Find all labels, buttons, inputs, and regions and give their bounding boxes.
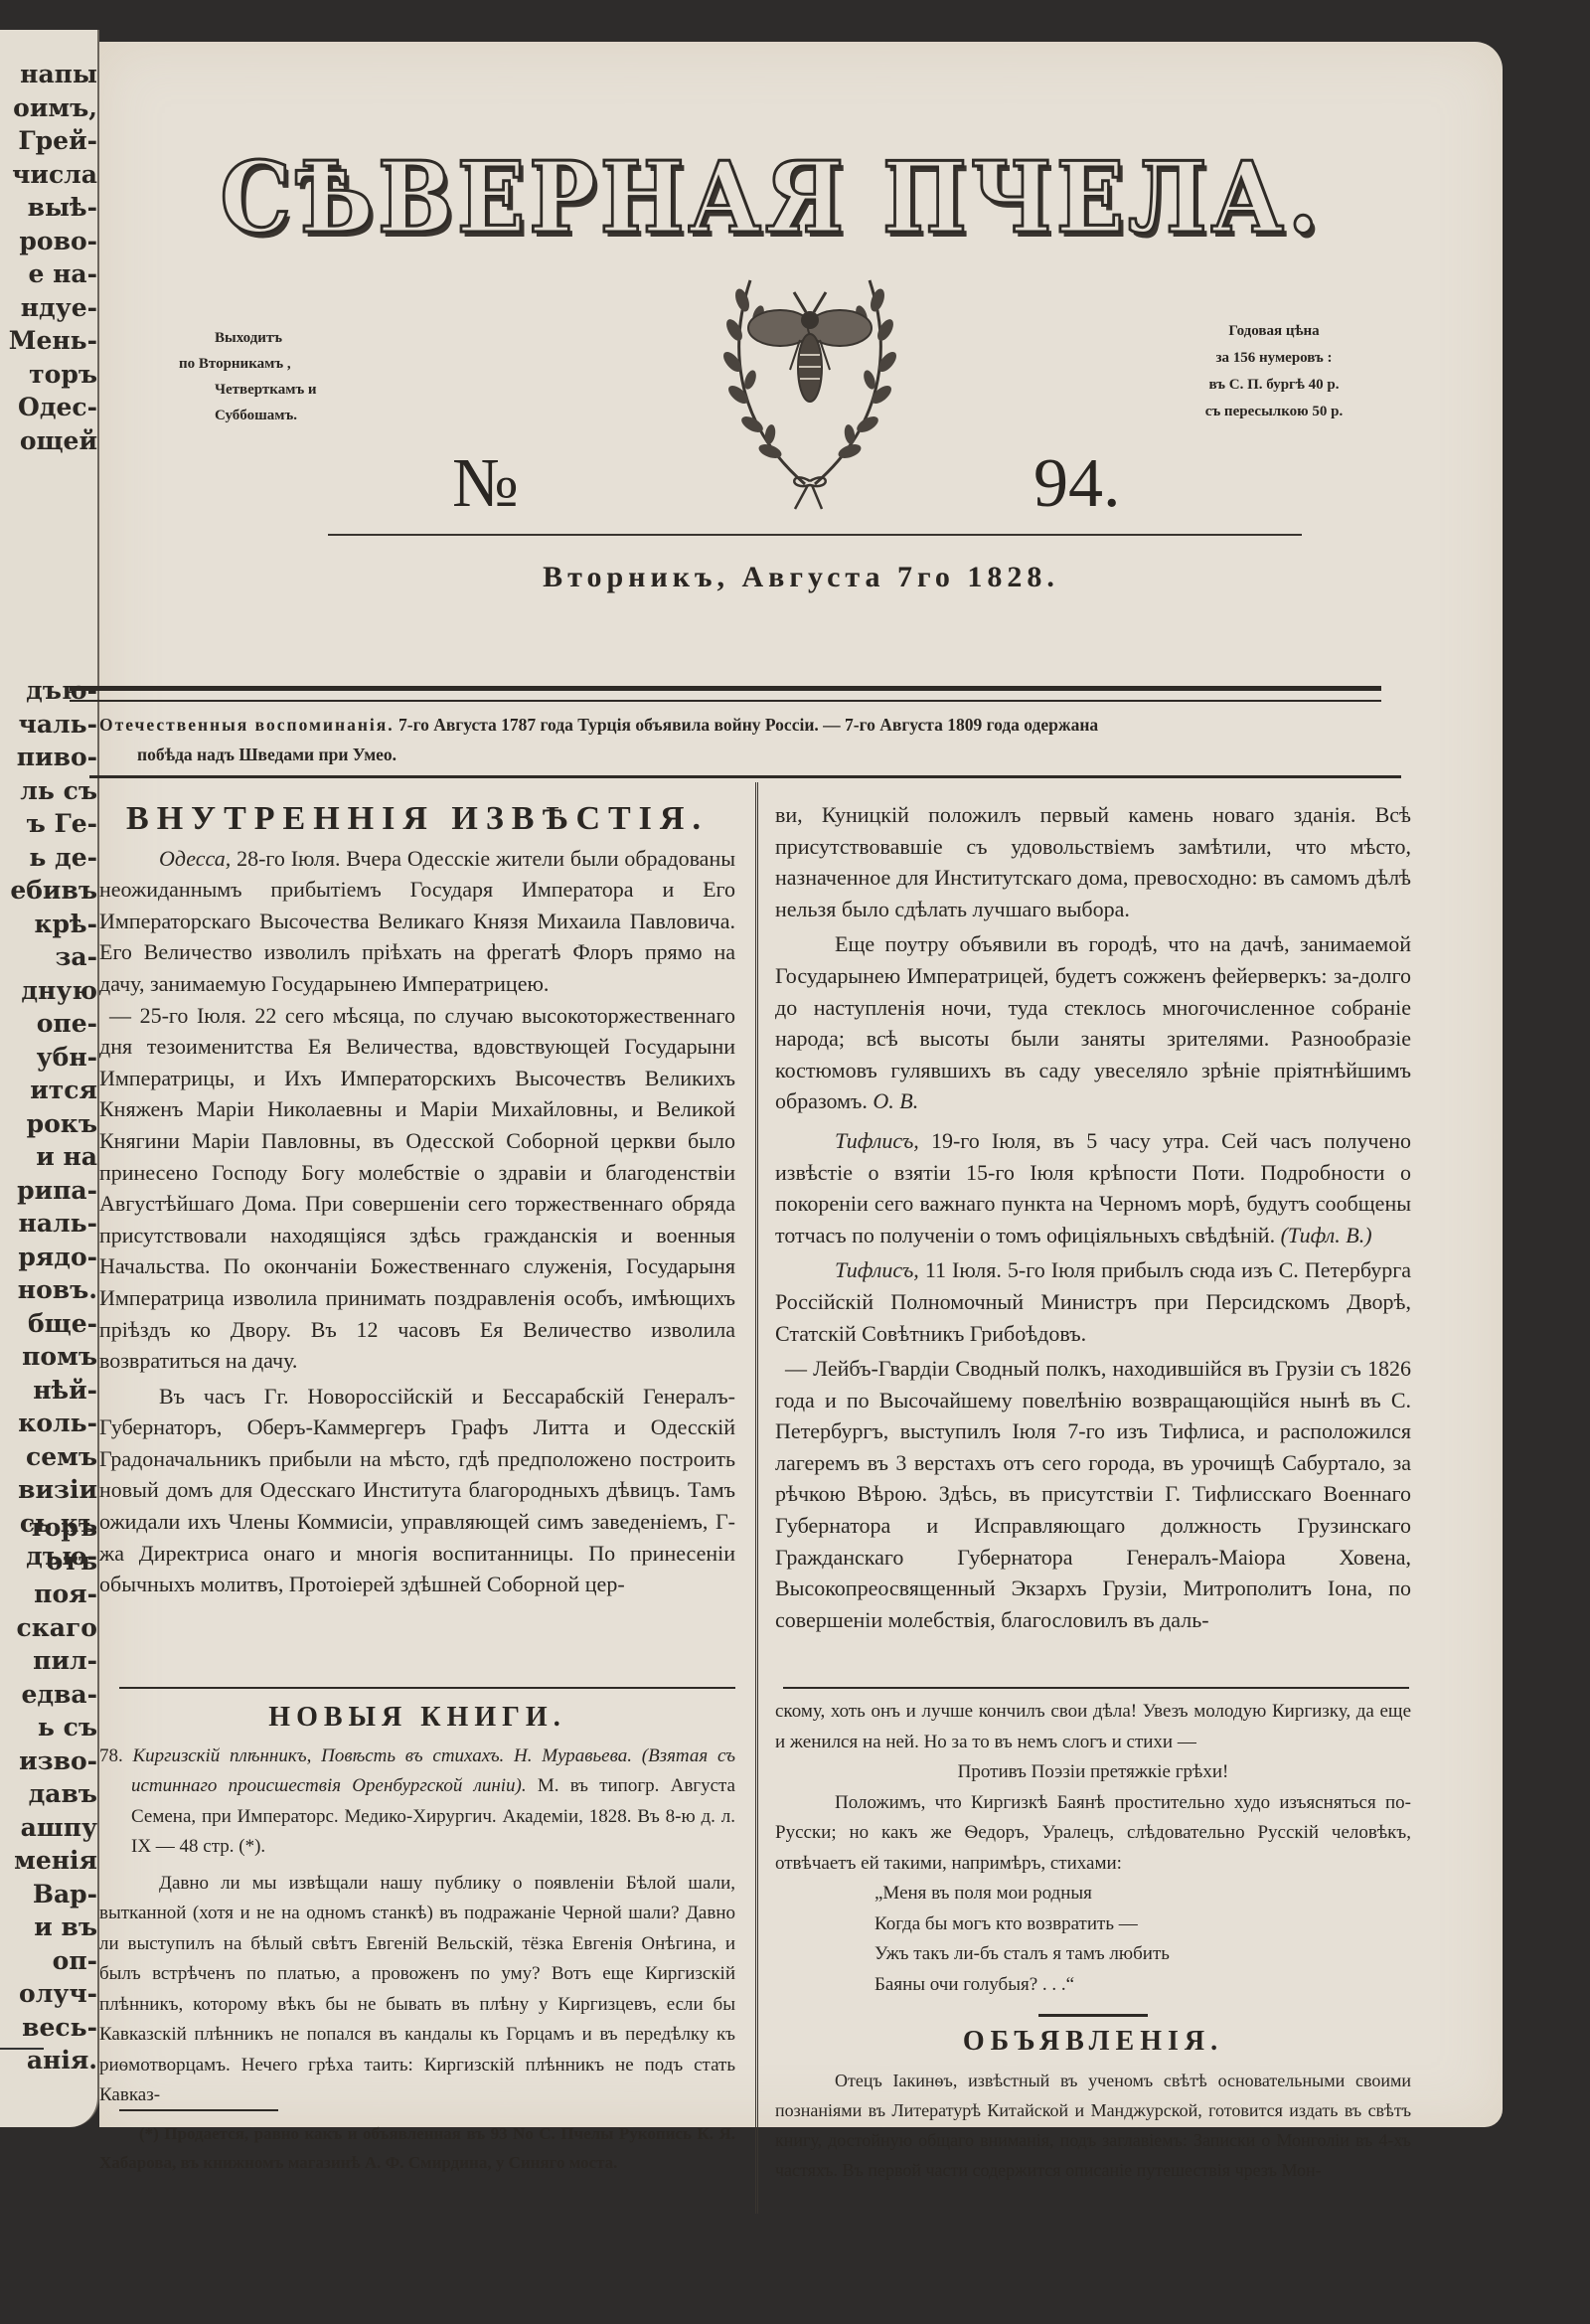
previous-page-column-bottom: торъотъпоя-скагопил-едва-ь съизво-давъаш… xyxy=(0,1511,97,2077)
previous-page-line: напы xyxy=(0,58,97,91)
masthead: СѢВЕРНАЯ ПЧЕЛА. xyxy=(99,141,1503,255)
previous-page-line: ится xyxy=(0,1074,97,1107)
news-paragraph: Тифлисъ, 11 Іюля. 5-го Іюля прибылъ сюда… xyxy=(775,1254,1411,1349)
previous-page-line: ощей xyxy=(0,424,97,458)
book-entry-number: 78. xyxy=(99,1745,123,1766)
news-text: — Лейбъ-Гвардіи Сводный полкъ, находивші… xyxy=(775,1356,1411,1632)
previous-page-line: весь- xyxy=(0,2011,97,2045)
previous-page-line: рядо- xyxy=(0,1241,97,1274)
news-place: Одесса, xyxy=(159,846,231,871)
previous-page-line: крѣ- xyxy=(0,908,97,941)
verse-line: Ужъ такъ ли-бъ сталъ я тамъ любить xyxy=(874,1939,1411,1970)
schedule-line: Выходитъ xyxy=(179,325,378,351)
previous-page-line: оп- xyxy=(0,1944,97,1978)
national-memorials: Отечественныя воспоминанія. 7-го Августа… xyxy=(99,710,1396,769)
publication-schedule: Выходитъ по Вторникамъ , Четверткамъ и С… xyxy=(179,325,378,428)
previous-page-line: олуч- xyxy=(0,1977,97,2011)
announcement-text: Отецъ Іакинѳъ, извѣстный въ ученомъ свѣт… xyxy=(775,2066,1411,2185)
schedule-line: по Вторникамъ , xyxy=(179,351,378,377)
news-paragraph: Тифлисъ, 19-го Іюля, въ 5 часу утра. Сей… xyxy=(775,1125,1411,1250)
new-books-continued: скому, хоть онъ и лучше кончилъ свои дѣл… xyxy=(775,1697,1411,2185)
footnote-rule xyxy=(119,2109,278,2111)
previous-page-line: торъ xyxy=(0,358,97,392)
previous-page-line: пил- xyxy=(0,1644,97,1678)
previous-page-line: визіи xyxy=(0,1473,97,1507)
previous-page-line: торъ xyxy=(0,1511,97,1545)
previous-page-line: скаго xyxy=(0,1611,97,1645)
previous-page-line: выѣ- xyxy=(0,191,97,225)
internal-news-column-left: ВНУТРЕННІЯ ИЗВѢСТІЯ. Одесса, 28-го Іюля.… xyxy=(99,797,735,1600)
news-paragraph: Еще поутру объявили въ городѣ, что на да… xyxy=(775,928,1411,1117)
dateline-rule xyxy=(70,686,1381,702)
previous-page-line: новъ. xyxy=(0,1273,97,1307)
memorials-text-continued: побѣда надъ Шведами при Умео. xyxy=(99,740,1396,769)
internal-news-column-right: ви, Куницкій положилъ первый камень нова… xyxy=(775,799,1411,1635)
previous-page-line: ь съ xyxy=(0,1711,97,1744)
subscription-price: Годовая цѣна за 156 нумеровъ : въ С. П. … xyxy=(1175,318,1373,425)
previous-page-line: и на xyxy=(0,1140,97,1174)
news-paragraph: Одесса, 28-го Іюля. Вчера Одесскіе жител… xyxy=(99,843,735,1000)
previous-page-line: изво- xyxy=(0,1744,97,1778)
section-rule-right xyxy=(783,1687,1409,1689)
previous-page-line: рипа- xyxy=(0,1174,97,1208)
memorials-label: Отечественныя воспоминанія. xyxy=(99,715,395,735)
price-line: за 156 нумеровъ : xyxy=(1175,345,1373,372)
price-line: съ пересылкою 50 р. xyxy=(1175,399,1373,425)
previous-page-line: рово- xyxy=(0,225,97,258)
book-review-paragraph: Положимъ, что Киргизкѣ Баянѣ простительн… xyxy=(775,1788,1411,1880)
previous-page-line: пиво- xyxy=(0,741,97,774)
announcements-heading: ОБЪЯВЛЕНІЯ. xyxy=(775,2027,1411,2058)
previous-page-line: числа xyxy=(0,158,97,192)
verse-quote: „Меня въ поля мои родныя Когда бы могъ к… xyxy=(775,1879,1411,2000)
previous-page-line: ь де- xyxy=(0,841,97,875)
previous-page-line: чаль- xyxy=(0,708,97,742)
new-books-section: НОВЫЯ КНИГИ. 78. Киргизскій плѣнникъ, По… xyxy=(99,1697,735,2111)
previous-page-line: семъ xyxy=(0,1440,97,1474)
previous-page-line: за- xyxy=(0,940,97,974)
previous-page-line: нѣй- xyxy=(0,1374,97,1408)
previous-page-line: ндуе- xyxy=(0,291,97,325)
verse-line: Баяны очи голубыя? . . .“ xyxy=(874,1970,1411,2001)
section-ornament-rule xyxy=(1038,2014,1148,2017)
previous-page-line: ъ Ге- xyxy=(0,807,97,841)
book-review: Давно ли мы извѣщали нашу публику о появ… xyxy=(99,1869,735,2111)
previous-page-line: Грей- xyxy=(0,124,97,158)
masthead-rule xyxy=(328,534,1302,536)
news-paragraph: — Лейбъ-Гвардіи Сводный полкъ, находивші… xyxy=(775,1353,1411,1635)
news-place: Тифлисъ, xyxy=(835,1257,919,1282)
verse-line: „Меня въ поля мои родныя xyxy=(874,1879,1411,1909)
previous-page-line: помъ xyxy=(0,1340,97,1374)
previous-page-line: поя- xyxy=(0,1577,97,1611)
book-entry: 78. Киргизскій плѣнникъ, Повѣсть въ стих… xyxy=(99,1742,735,1863)
previous-page-line: коль- xyxy=(0,1407,97,1440)
price-line: Годовая цѣна xyxy=(1175,318,1373,345)
issue-number: 94. xyxy=(1033,444,1121,524)
footnote: (*) Продается, равно какъ и объявленная … xyxy=(99,2119,735,2177)
previous-page-line: е на- xyxy=(0,257,97,291)
news-text: Въ часъ Гг. Новороссійскій и Бессарабскі… xyxy=(99,1384,735,1597)
previous-page-line: ль съ xyxy=(0,774,97,808)
news-place: Тифлисъ, xyxy=(835,1128,919,1153)
news-paragraph: — 25-го Іюля. 22 сего мѣсяца, по случаю … xyxy=(99,1000,735,1377)
previous-page-column-top: напыоимъ,Грей-числавыѣ-рово-е на-ндуе-Ме… xyxy=(0,58,97,457)
news-text: — 25-го Іюля. 22 сего мѣсяца, по случаю … xyxy=(99,1003,735,1374)
previous-page-line: наль- xyxy=(0,1207,97,1241)
previous-page-line: ашпу xyxy=(0,1811,97,1845)
previous-page-rule xyxy=(0,2048,44,2050)
section-rule-left xyxy=(119,1687,735,1689)
news-text: Еще поутру объявили въ городѣ, что на да… xyxy=(775,931,1411,1113)
previous-page-line: убн- xyxy=(0,1041,97,1075)
memorials-rule xyxy=(89,775,1401,778)
previous-page-fragment: напыоимъ,Грей-числавыѣ-рово-е на-ндуе-Ме… xyxy=(0,30,99,2127)
previous-page-line: бще- xyxy=(0,1307,97,1341)
previous-page-line: и въ xyxy=(0,1910,97,1944)
newspaper-page: СѢВЕРНАЯ ПЧЕЛА. Выходитъ по Вторникамъ ,… xyxy=(99,42,1503,2127)
bee-wreath-icon xyxy=(711,270,909,514)
news-paragraph: ви, Куницкій положилъ первый камень нова… xyxy=(775,799,1411,924)
news-paragraph: Въ часъ Гг. Новороссійскій и Бессарабскі… xyxy=(99,1381,735,1600)
new-books-heading: НОВЫЯ КНИГИ. xyxy=(99,1703,735,1734)
previous-page-line: Вар- xyxy=(0,1878,97,1911)
previous-page-line: давъ xyxy=(0,1777,97,1811)
newspaper-title: СѢВЕРНАЯ ПЧЕЛА. xyxy=(98,141,1444,255)
news-text: ви, Куницкій положилъ первый камень нова… xyxy=(775,802,1411,921)
book-review-quote: Противъ Поэзіи претяжкіе грѣхи! xyxy=(775,1757,1411,1788)
previous-page-column-middle: дъю-чаль-пиво-ль съъ Ге-ь де-ебивъкрѣ-за… xyxy=(0,674,97,1574)
previous-page-line: рокъ xyxy=(0,1107,97,1141)
previous-page-line: оимъ, xyxy=(0,91,97,125)
number-sign: № xyxy=(452,444,519,524)
previous-page-line: опе- xyxy=(0,1007,97,1041)
dateline: Вторникъ, Августа 7го 1828. xyxy=(99,561,1503,594)
column-divider xyxy=(755,782,758,2214)
memorials-text: 7-го Августа 1787 года Турція объявила в… xyxy=(398,715,1098,735)
price-line: въ С. П. бургѣ 40 р. xyxy=(1175,372,1373,399)
schedule-line: Суббошамъ. xyxy=(179,403,378,428)
previous-page-line: Одес- xyxy=(0,391,97,424)
news-signature: О. В. xyxy=(873,1088,918,1113)
previous-page-line: едва- xyxy=(0,1678,97,1712)
verse-line: Когда бы могъ кто возвратить — xyxy=(874,1909,1411,1940)
previous-page-line: Мень- xyxy=(0,324,97,358)
previous-page-line: менія xyxy=(0,1844,97,1878)
book-review-continued: скому, хоть онъ и лучше кончилъ свои дѣл… xyxy=(775,1697,1411,1757)
schedule-line: Четверткамъ и xyxy=(179,377,378,403)
previous-page-line: ебивъ xyxy=(0,874,97,908)
news-signature: (Тифл. В.) xyxy=(1281,1223,1372,1247)
internal-news-heading: ВНУТРЕННІЯ ИЗВѢСТІЯ. xyxy=(99,803,735,835)
previous-page-line: отъ xyxy=(0,1545,97,1578)
previous-page-line: дную xyxy=(0,974,97,1008)
